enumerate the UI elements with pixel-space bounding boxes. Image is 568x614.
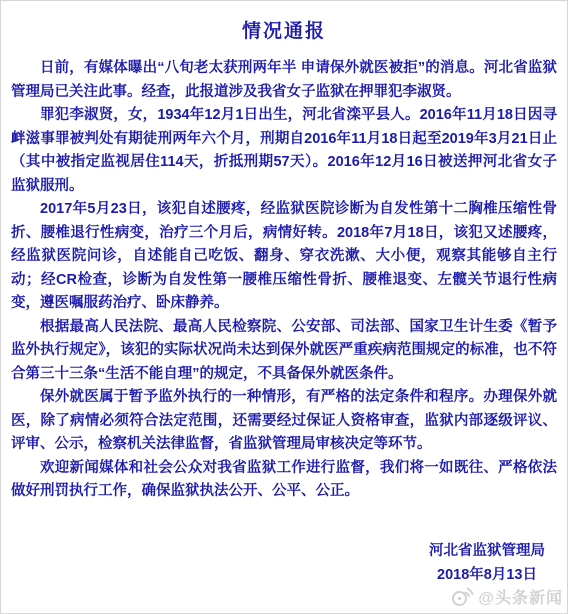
report-paragraph: 保外就医属于暂予监外执行的一种情形，有严格的法定条件和程序。办理保外就医，除了病… bbox=[11, 386, 557, 457]
weibo-icon bbox=[450, 586, 475, 607]
watermark: @头条新闻 bbox=[450, 585, 563, 608]
report-paragraph: 罪犯李淑贤，女，1934年12月1日出生，河北省滦平县人。2016年11月18日… bbox=[11, 104, 557, 198]
announcement-document: 情况通报 日前，有媒体曝出“八旬老太获刑两年半 申请保外就医被拒”的消息。河北省… bbox=[0, 0, 568, 614]
watermark-text: @头条新闻 bbox=[478, 585, 563, 608]
report-paragraph: 根据最高人民法院、最高人民检察院、公安部、司法部、国家卫生计生委《暂予监外执行规… bbox=[11, 316, 557, 387]
document-body: 日前，有媒体曝出“八旬老太获刑两年半 申请保外就医被拒”的消息。河北省监狱管理局… bbox=[1, 57, 567, 504]
document-title: 情况通报 bbox=[1, 16, 567, 43]
signature-block: 河北省监狱管理局 2018年8月13日 bbox=[429, 539, 545, 587]
signature-date: 2018年8月13日 bbox=[429, 563, 545, 587]
report-paragraph: 2017年5月23日，该犯自述腰疼，经监狱医院诊断为自发性第十二胸椎压缩性骨折、… bbox=[11, 198, 557, 316]
report-paragraph: 日前，有媒体曝出“八旬老太获刑两年半 申请保外就医被拒”的消息。河北省监狱管理局… bbox=[11, 57, 557, 104]
signature-org: 河北省监狱管理局 bbox=[429, 539, 545, 563]
report-paragraph: 欢迎新闻媒体和社会公众对我省监狱工作进行监督，我们将一如既往、严格依法做好刑罚执… bbox=[11, 457, 557, 504]
